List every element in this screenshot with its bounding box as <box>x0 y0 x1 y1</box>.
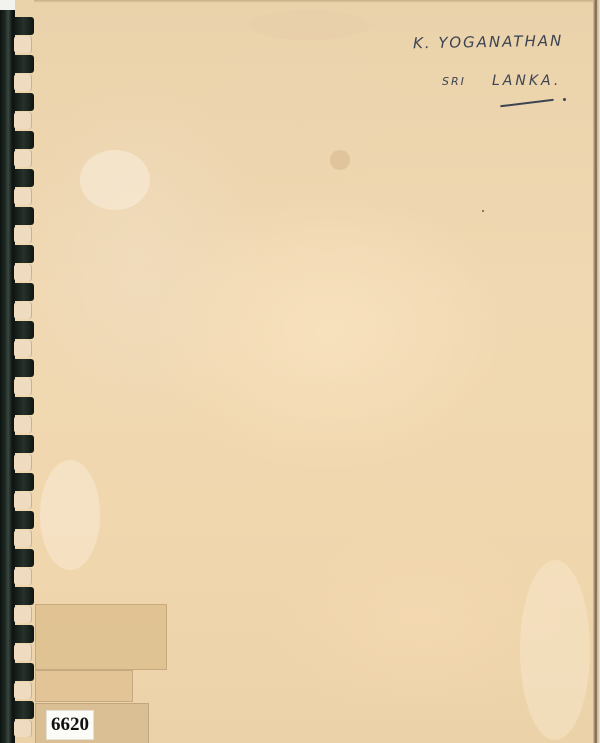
binding-loop <box>13 549 34 567</box>
binding-loop <box>13 701 34 719</box>
catalog-number-label: 6620 <box>46 710 94 740</box>
handwritten-owner-name: K. YOGANATHAN <box>413 32 564 53</box>
tape-piece-upper <box>35 604 167 670</box>
binding-hole <box>14 644 32 661</box>
binding-loop <box>13 625 34 643</box>
comb-binding-loops <box>13 0 35 743</box>
binding-hole <box>14 492 32 509</box>
paper-stain <box>40 460 100 570</box>
handwritten-location-prefix: SRI <box>442 75 466 88</box>
ink-dot <box>563 98 566 101</box>
binding-hole <box>14 682 32 699</box>
ink-dot <box>482 210 484 212</box>
binding-loop <box>13 359 34 377</box>
binding-hole <box>14 416 32 433</box>
right-edge <box>593 0 600 743</box>
tape-piece-middle <box>35 670 133 702</box>
binding-loop <box>13 663 34 681</box>
binding-loop <box>13 245 34 263</box>
paper-stain <box>520 560 590 740</box>
binding-loop <box>13 55 34 73</box>
document-cover: 6620 K. YOGANATHAN SRI LANKA. <box>0 0 600 743</box>
binding-hole <box>14 340 32 357</box>
binding-hole <box>14 378 32 395</box>
binding-hole <box>14 720 32 737</box>
binding-hole <box>14 74 32 91</box>
binding-hole <box>14 302 32 319</box>
binding-hole <box>14 150 32 167</box>
binding-loop <box>13 17 34 35</box>
binding-loop <box>13 511 34 529</box>
binding-loop <box>13 93 34 111</box>
binding-hole <box>14 188 32 205</box>
top-edge <box>34 0 600 3</box>
binding-loop <box>13 283 34 301</box>
binding-hole <box>14 226 32 243</box>
binding-hole <box>14 530 32 547</box>
binding-hole <box>14 568 32 585</box>
binding-loop <box>13 473 34 491</box>
binding-hole <box>14 36 32 53</box>
binding-hole <box>14 112 32 129</box>
paper-stain <box>250 10 370 40</box>
binding-hole <box>14 264 32 281</box>
paper-stain <box>80 150 150 210</box>
binding-loop <box>13 169 34 187</box>
handwritten-location: LANKA. <box>492 73 561 89</box>
binding-loop <box>13 207 34 225</box>
handwritten-underline <box>500 99 554 108</box>
paper-stain <box>330 150 350 170</box>
binding-loop <box>13 131 34 149</box>
binding-loop <box>13 587 34 605</box>
binding-hole <box>14 606 32 623</box>
binding-loop <box>13 435 34 453</box>
binding-loop <box>13 397 34 415</box>
binding-hole <box>14 454 32 471</box>
binding-loop <box>13 321 34 339</box>
